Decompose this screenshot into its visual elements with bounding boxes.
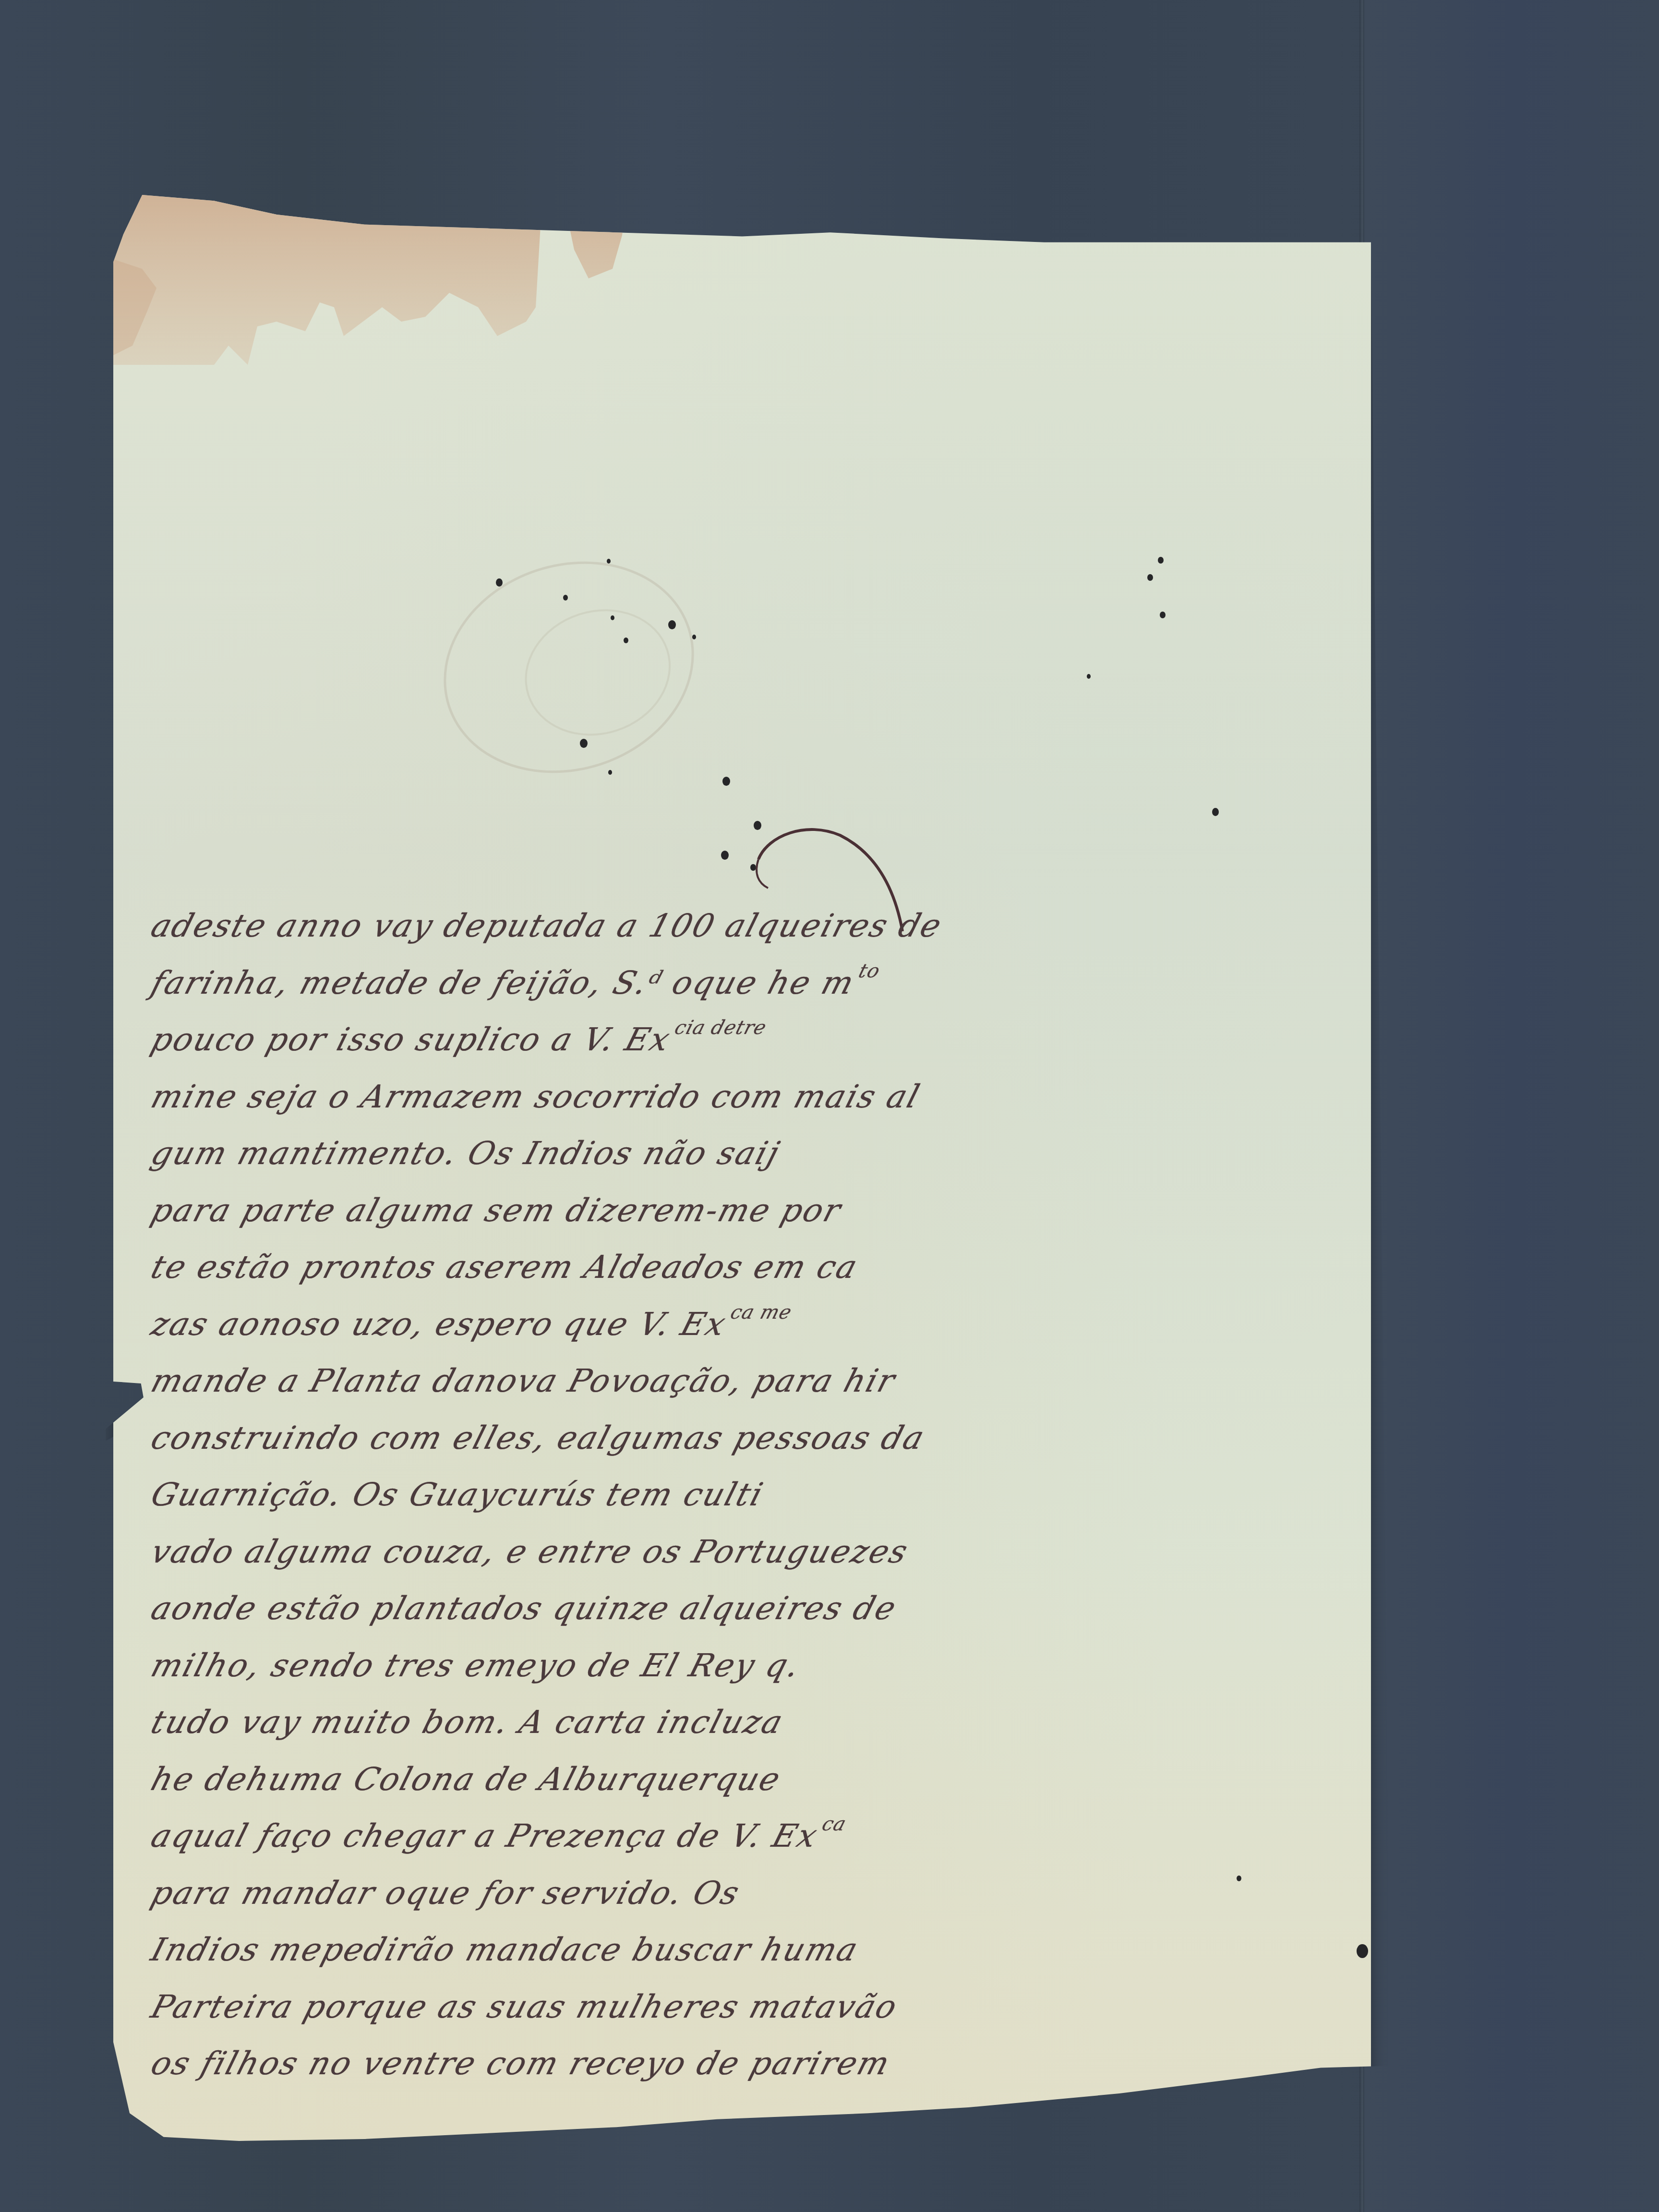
ink-spot xyxy=(611,615,614,620)
ink-spot xyxy=(496,578,503,587)
manuscript-line: pouco por isso suplico a V. Excia detre xyxy=(144,1011,1024,1069)
manuscript-line: gum mantimento. Os Indios não saij xyxy=(144,1125,1024,1182)
manuscript-line: para mandar oque for servido. Os xyxy=(144,1865,1024,1922)
ink-spot xyxy=(624,637,628,643)
manuscript-line: he dehuma Colona de Alburquerque xyxy=(144,1751,1024,1808)
manuscript-line: aonde estão plantados quinze alqueires d… xyxy=(144,1580,1024,1637)
manuscript-line: adeste anno vay deputada a 100 alqueires… xyxy=(144,898,1024,955)
manuscript-line: Guarnição. Os Guaycurús tem culti xyxy=(144,1467,1024,1524)
manuscript-line: os filhos no ventre com receyo de parire… xyxy=(144,2035,1024,2092)
ink-spot xyxy=(1357,1944,1368,1958)
ink-spot xyxy=(608,770,612,775)
manuscript-line: Indios mepedirão mandace buscar huma xyxy=(144,1922,1024,1979)
ink-spot xyxy=(692,635,696,639)
letter-body: adeste anno vay deputada a 100 alqueires… xyxy=(144,898,1008,2092)
manuscript-line: aqual faço chegar a Prezença de V. Exca xyxy=(144,1808,1024,1865)
ink-spot xyxy=(721,851,729,860)
manuscript-line: Parteira porque as suas mulheres matavão xyxy=(144,1979,1024,2036)
right-mount-panel xyxy=(1364,0,1659,2212)
manuscript-line: vado alguma couza, e entre os Portugueze… xyxy=(144,1524,1024,1581)
manuscript-line: construindo com elles, ealgumas pessoas … xyxy=(144,1410,1024,1467)
manuscript-line: zas aonoso uzo, espero que V. Exca me xyxy=(144,1296,1024,1353)
ink-spot xyxy=(607,559,611,564)
manuscript-line: te estão prontos aserem Aldeados em ca xyxy=(144,1239,1024,1296)
ink-spot xyxy=(722,777,730,786)
ink-spot xyxy=(563,595,568,601)
manuscript-line: tudo vay muito bom. A carta incluza xyxy=(144,1694,1024,1751)
ink-spot xyxy=(1087,674,1091,679)
manuscript-line: milho, sendo tres emeyo de El Rey q. xyxy=(144,1637,1024,1695)
manuscript-line: para parte alguma sem dizerem-me por xyxy=(144,1182,1024,1239)
ink-spot xyxy=(668,620,676,629)
ink-spot xyxy=(580,739,588,748)
ink-spot xyxy=(1212,808,1219,816)
manuscript-line: mande a Planta danova Povoação, para hir xyxy=(144,1353,1024,1410)
manuscript-line: mine seja o Armazem socorrido com mais a… xyxy=(144,1069,1024,1126)
ink-spot xyxy=(1237,1875,1241,1881)
manuscript-line: farinha, metade de feijão, S.ᵈ oque he m… xyxy=(144,955,1024,1012)
